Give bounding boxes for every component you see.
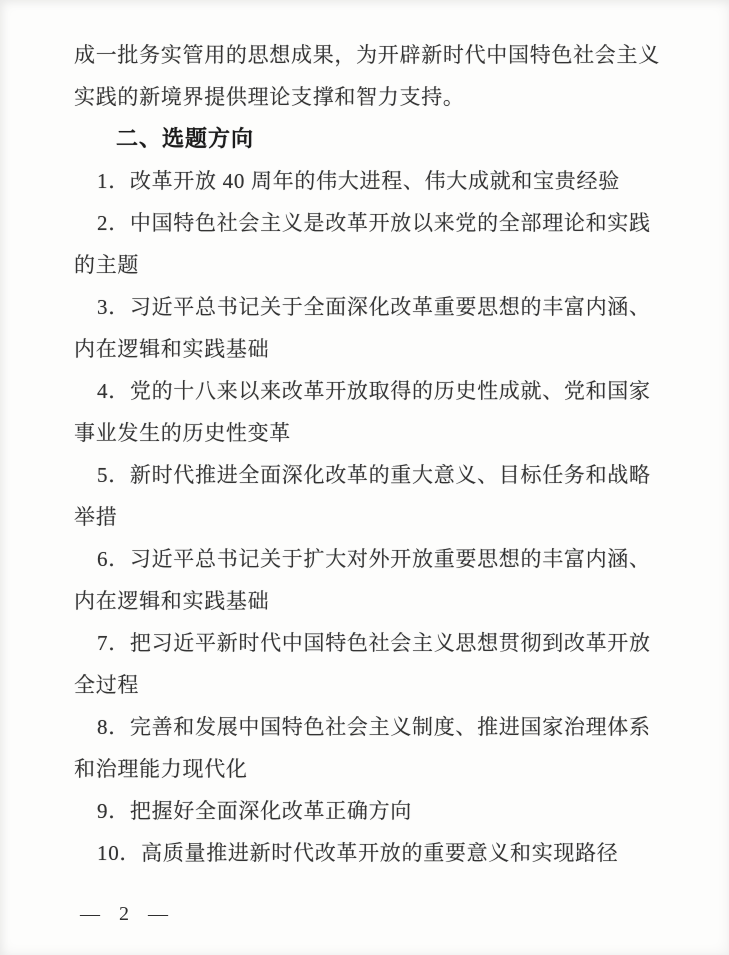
list-item-4: 4．党的十八来以来改革开放取得的历史性成就、党和国家 (74, 370, 663, 412)
footer-dash-left: — (80, 903, 101, 925)
document-page: 成一批务实管用的思想成果，为开辟新时代中国特色社会主义 实践的新境界提供理论支撑… (0, 0, 729, 955)
list-item-7-cont: 全过程 (74, 664, 663, 706)
list-item-6-cont: 内在逻辑和实践基础 (74, 580, 663, 622)
list-item-6: 6．习近平总书记关于扩大对外开放重要思想的丰富内涵、 (74, 538, 663, 580)
list-item-1: 1．改革开放 40 周年的伟大进程、伟大成就和宝贵经验 (74, 160, 663, 202)
section-heading: 二、选题方向 (74, 118, 663, 160)
list-item-3-cont: 内在逻辑和实践基础 (74, 328, 663, 370)
list-item-7: 7．把习近平新时代中国特色社会主义思想贯彻到改革开放 (74, 622, 663, 664)
list-item-10: 10．高质量推进新时代改革开放的重要意义和实现路径 (74, 832, 663, 874)
list-item-3: 3．习近平总书记关于全面深化改革重要思想的丰富内涵、 (74, 286, 663, 328)
paragraph-line: 成一批务实管用的思想成果，为开辟新时代中国特色社会主义 (74, 34, 663, 76)
list-item-8: 8．完善和发展中国特色社会主义制度、推进国家治理体系 (74, 706, 663, 748)
list-item-8-cont: 和治理能力现代化 (74, 748, 663, 790)
list-item-5-cont: 举措 (74, 496, 663, 538)
paragraph-line: 实践的新境界提供理论支撑和智力支持。 (74, 76, 663, 118)
list-item-4-cont: 事业发生的历史性变革 (74, 412, 663, 454)
list-item-9: 9．把握好全面深化改革正确方向 (74, 790, 663, 832)
footer-dash-right: — (148, 903, 169, 925)
list-item-5: 5．新时代推进全面深化改革的重大意义、目标任务和战略 (74, 454, 663, 496)
page-footer: — 2 — (74, 903, 175, 926)
list-item-2: 2．中国特色社会主义是改革开放以来党的全部理论和实践 (74, 202, 663, 244)
list-item-2-cont: 的主题 (74, 244, 663, 286)
page-number: 2 (119, 903, 130, 925)
document-body: 成一批务实管用的思想成果，为开辟新时代中国特色社会主义 实践的新境界提供理论支撑… (0, 0, 729, 874)
